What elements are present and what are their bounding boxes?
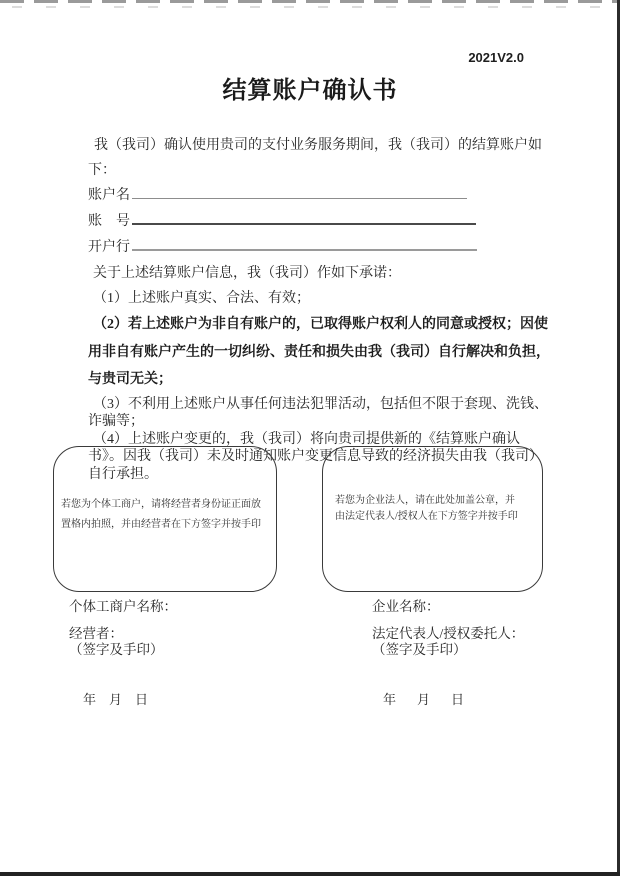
enterprise-box-note: 若您为企业法人，请在此处加盖公章，并由法定代表人/授权人在下方签字并按手印 [335,495,518,522]
commitment-item-1: （1）上述账户真实、合法、有效； [88,286,550,311]
individual-sign-hint: （签字及手印） [69,642,359,658]
document-title: 结算账户确认书 [0,70,620,105]
scan-edge-top-dashes [0,0,617,3]
bank-branch-label: 开户行 [88,235,130,261]
scan-edge-bottom-line [0,872,620,876]
individual-signature-column: 个体工商户名称： 经营者： （签字及手印） 年 月 日 [69,599,359,708]
document-body: 我（我司）确认使用贵司的支付业务服务期间，我（我司）的结算账户如下： 账户名 账… [88,133,550,483]
account-number-label: 账 号 [88,209,130,235]
commitment-intro: 关于上述结算账户信息，我（我司）作如下承诺： [88,261,550,286]
bank-branch-row: 开户行 [88,235,550,261]
enterprise-signature-column: 企业名称： 法定代表人/授权委托人： （签字及手印） 年 月 日 [372,599,589,708]
version-label: 2021V2.0 [468,50,524,65]
individual-name-label: 个体工商户名称： [69,599,359,615]
account-name-label: 账户名 [88,183,130,209]
commitment-item-2: （2）若上述账户为非自有账户的，已取得账户权利人的同意或授权；因使用非自有账户产… [88,311,550,394]
commitment-item-3: （3）不利用上述账户从事任何违法犯罪活动，包括但不限于套现、洗钱、诈骗等； [88,396,550,431]
enterprise-date-line: 年 月 日 [372,692,589,708]
account-name-row: 账户名 [88,183,550,209]
individual-date-line: 年 月 日 [69,692,359,708]
settlement-account-confirmation-document: 2021V2.0 结算账户确认书 我（我司）确认使用贵司的支付业务服务期间，我（… [0,0,620,876]
bank-branch-blank-line [132,247,477,251]
enterprise-sign-hint: （签字及手印） [372,642,589,658]
signature-photo-boxes: 若您为个体工商户，请将经营者身份证正面放置格内拍照，并由经营者在下方签字并按手印… [53,446,545,594]
enterprise-name-label: 企业名称： [372,599,589,615]
scan-edge-top-dashes-faint [0,6,617,8]
intro-paragraph: 我（我司）确认使用贵司的支付业务服务期间，我（我司）的结算账户如下： [88,133,550,183]
legal-representative-label: 法定代表人/授权委托人： [372,626,589,642]
enterprise-seal-box: 若您为企业法人，请在此处加盖公章，并由法定代表人/授权人在下方签字并按手印 [322,446,543,592]
individual-box-note: 若您为个体工商户，请将经营者身份证正面放置格内拍照，并由经营者在下方签字并按手印 [61,499,261,530]
individual-id-photo-box: 若您为个体工商户，请将经营者身份证正面放置格内拍照，并由经营者在下方签字并按手印 [53,446,277,592]
account-number-row: 账 号 [88,209,550,235]
account-number-blank-line [132,221,476,225]
account-name-blank-line [132,196,467,199]
operator-label: 经营者： [69,626,359,642]
